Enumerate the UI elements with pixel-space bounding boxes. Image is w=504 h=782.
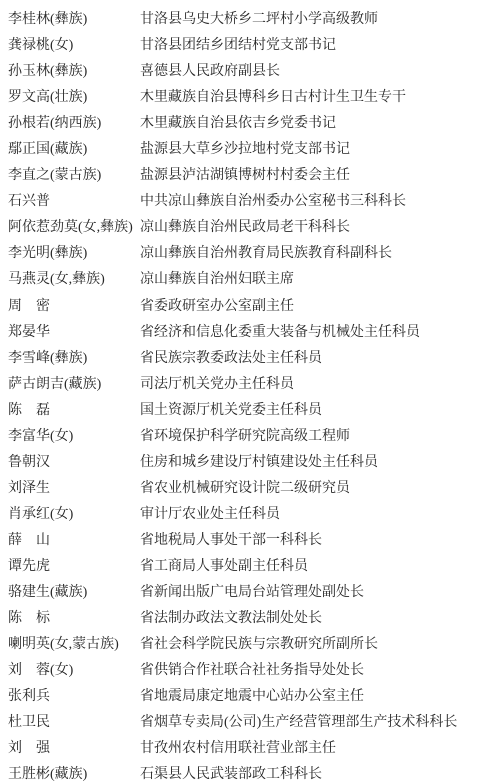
person-name: 鄢正国(藏族) xyxy=(8,138,140,158)
person-title: 审计厅农业处主任科员 xyxy=(140,503,500,523)
roster-row: 谭先虎 省工商局人事处副主任科员 xyxy=(8,552,500,578)
roster-row: 鲁朝汉 住房和城乡建设厅村镇建设处主任科员 xyxy=(8,448,500,474)
person-title: 中共凉山彝族自治州委办公室秘书三科科长 xyxy=(140,190,500,210)
roster-row: 郑晏华 省经济和信息化委重大装备与机械处主任科员 xyxy=(8,318,500,344)
person-name: 薛 山 xyxy=(8,529,140,549)
person-name: 刘 蓉(女) xyxy=(8,659,140,679)
person-name: 马燕灵(女,彝族) xyxy=(8,268,140,288)
person-name: 肖承红(女) xyxy=(8,503,140,523)
roster-row: 陈 磊 国土资源厅机关党委主任科员 xyxy=(8,396,500,422)
person-name: 周 密 xyxy=(8,295,140,315)
roster-row: 孙根若(纳西族) 木里藏族自治县依吉乡党委书记 xyxy=(8,109,500,135)
roster-list: 李桂林(彝族) 甘洛县乌史大桥乡二坪村小学高级教师 龚禄桃(女) 甘洛县团结乡团… xyxy=(8,5,500,782)
roster-row: 陈 标 省法制办政法文教法制处处长 xyxy=(8,604,500,630)
roster-row: 刘 蓉(女) 省供销合作社联合社社务指导处处长 xyxy=(8,656,500,682)
person-title: 木里藏族自治县依吉乡党委书记 xyxy=(140,112,500,132)
person-title: 国土资源厅机关党委主任科员 xyxy=(140,399,500,419)
person-title: 省地税局人事处干部一科科长 xyxy=(140,529,500,549)
roster-row: 阿依惹劲莫(女,彝族) 凉山彝族自治州民政局老干科科长 xyxy=(8,213,500,239)
person-name: 刘 强 xyxy=(8,737,140,757)
person-title: 喜德县人民政府副县长 xyxy=(140,60,500,80)
person-name: 阿依惹劲莫(女,彝族) xyxy=(8,216,140,236)
person-title: 省地震局康定地震中心站办公室主任 xyxy=(140,685,500,705)
person-name: 石兴普 xyxy=(8,190,140,210)
person-title: 木里藏族自治县博科乡日古村计生卫生专干 xyxy=(140,86,500,106)
person-name: 李直之(蒙古族) xyxy=(8,164,140,184)
person-name: 罗文高(壮族) xyxy=(8,86,140,106)
person-title: 省环境保护科学研究院高级工程师 xyxy=(140,425,500,445)
person-title: 省烟草专卖局(公司)生产经营管理部生产技术科科长 xyxy=(140,711,500,731)
person-title: 司法厅机关党办主任科员 xyxy=(140,373,500,393)
roster-row: 罗文高(壮族) 木里藏族自治县博科乡日古村计生卫生专干 xyxy=(8,83,500,109)
person-title: 盐源县大草乡沙拉地村党支部书记 xyxy=(140,138,500,158)
person-title: 省农业机械研究设计院二级研究员 xyxy=(140,477,500,497)
roster-row: 李直之(蒙古族) 盐源县泸沽湖镇博树村村委会主任 xyxy=(8,161,500,187)
person-name: 鲁朝汉 xyxy=(8,451,140,471)
person-title: 省委政研室办公室副主任 xyxy=(140,295,500,315)
person-name: 李桂林(彝族) xyxy=(8,8,140,28)
roster-row: 周 密 省委政研室办公室副主任 xyxy=(8,292,500,318)
roster-row: 龚禄桃(女) 甘洛县团结乡团结村党支部书记 xyxy=(8,31,500,57)
person-name: 李光明(彝族) xyxy=(8,242,140,262)
person-name: 龚禄桃(女) xyxy=(8,34,140,54)
roster-row: 喇明英(女,蒙古族) 省社会科学院民族与宗教研究所副所长 xyxy=(8,630,500,656)
roster-row: 张利兵 省地震局康定地震中心站办公室主任 xyxy=(8,682,500,708)
roster-row: 鄢正国(藏族) 盐源县大草乡沙拉地村党支部书记 xyxy=(8,135,500,161)
person-name: 骆建生(藏族) xyxy=(8,581,140,601)
person-name: 杜卫民 xyxy=(8,711,140,731)
roster-row: 马燕灵(女,彝族) 凉山彝族自治州妇联主席 xyxy=(8,265,500,291)
person-name: 陈 磊 xyxy=(8,399,140,419)
roster-row: 杜卫民 省烟草专卖局(公司)生产经营管理部生产技术科科长 xyxy=(8,708,500,734)
person-title: 石渠县人民武装部政工科科长 xyxy=(140,763,500,782)
roster-row: 肖承红(女) 审计厅农业处主任科员 xyxy=(8,500,500,526)
person-name: 谭先虎 xyxy=(8,555,140,575)
person-name: 萨古朗吉(藏族) xyxy=(8,373,140,393)
roster-row: 李桂林(彝族) 甘洛县乌史大桥乡二坪村小学高级教师 xyxy=(8,5,500,31)
person-title: 省经济和信息化委重大装备与机械处主任科员 xyxy=(140,321,500,341)
person-name: 孙根若(纳西族) xyxy=(8,112,140,132)
person-title: 省供销合作社联合社社务指导处处长 xyxy=(140,659,500,679)
roster-row: 李光明(彝族) 凉山彝族自治州教育局民族教育科副科长 xyxy=(8,239,500,265)
person-title: 省法制办政法文教法制处处长 xyxy=(140,607,500,627)
roster-row: 骆建生(藏族) 省新闻出版广电局台站管理处副处长 xyxy=(8,578,500,604)
person-title: 省社会科学院民族与宗教研究所副所长 xyxy=(140,633,500,653)
person-title: 甘洛县乌史大桥乡二坪村小学高级教师 xyxy=(140,8,500,28)
person-name: 李富华(女) xyxy=(8,425,140,445)
person-title: 甘洛县团结乡团结村党支部书记 xyxy=(140,34,500,54)
roster-row: 刘泽生 省农业机械研究设计院二级研究员 xyxy=(8,474,500,500)
person-name: 喇明英(女,蒙古族) xyxy=(8,633,140,653)
person-title: 省工商局人事处副主任科员 xyxy=(140,555,500,575)
person-title: 住房和城乡建设厅村镇建设处主任科员 xyxy=(140,451,500,471)
person-name: 李雪峰(彝族) xyxy=(8,347,140,367)
person-title: 省民族宗教委政法处主任科员 xyxy=(140,347,500,367)
person-name: 孙玉林(彝族) xyxy=(8,60,140,80)
roster-row: 萨古朗吉(藏族) 司法厅机关党办主任科员 xyxy=(8,370,500,396)
roster-row: 李雪峰(彝族) 省民族宗教委政法处主任科员 xyxy=(8,344,500,370)
person-title: 盐源县泸沽湖镇博树村村委会主任 xyxy=(140,164,500,184)
roster-row: 石兴普 中共凉山彝族自治州委办公室秘书三科科长 xyxy=(8,187,500,213)
roster-row: 刘 强 甘孜州农村信用联社营业部主任 xyxy=(8,734,500,760)
person-title: 凉山彝族自治州妇联主席 xyxy=(140,268,500,288)
document-page: 李桂林(彝族) 甘洛县乌史大桥乡二坪村小学高级教师 龚禄桃(女) 甘洛县团结乡团… xyxy=(0,0,504,782)
person-title: 甘孜州农村信用联社营业部主任 xyxy=(140,737,500,757)
roster-row: 李富华(女) 省环境保护科学研究院高级工程师 xyxy=(8,422,500,448)
person-name: 张利兵 xyxy=(8,685,140,705)
roster-row: 王胜彬(藏族) 石渠县人民武装部政工科科长 xyxy=(8,760,500,782)
roster-row: 孙玉林(彝族) 喜德县人民政府副县长 xyxy=(8,57,500,83)
person-title: 省新闻出版广电局台站管理处副处长 xyxy=(140,581,500,601)
person-name: 郑晏华 xyxy=(8,321,140,341)
person-title: 凉山彝族自治州民政局老干科科长 xyxy=(140,216,500,236)
roster-row: 薛 山 省地税局人事处干部一科科长 xyxy=(8,526,500,552)
person-name: 刘泽生 xyxy=(8,477,140,497)
person-title: 凉山彝族自治州教育局民族教育科副科长 xyxy=(140,242,500,262)
person-name: 王胜彬(藏族) xyxy=(8,763,140,782)
person-name: 陈 标 xyxy=(8,607,140,627)
